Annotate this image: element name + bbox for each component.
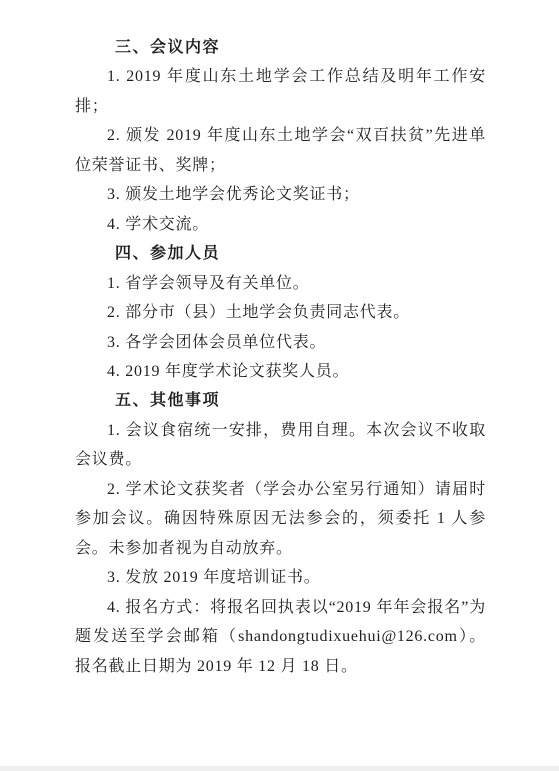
section-heading: 四、参加人员: [75, 239, 486, 268]
paragraph: 2. 部分市（县）土地学会负责同志代表。: [75, 298, 486, 327]
paragraph: 1. 2019 年度山东土地学会工作总结及明年工作安排；: [75, 62, 486, 121]
document-page: 三、会议内容1. 2019 年度山东土地学会工作总结及明年工作安排；2. 颁发 …: [0, 0, 559, 771]
paragraph: 2. 颁发 2019 年度山东土地学会“双百扶贫”先进单位荣誉证书、奖牌；: [75, 121, 486, 180]
paragraph: 4. 学术交流。: [75, 210, 486, 239]
paragraph: 3. 各学会团体会员单位代表。: [75, 328, 486, 357]
paragraph: 4. 报名方式：将报名回执表以“2019 年年会报名”为题发送至学会邮箱（sha…: [75, 593, 486, 681]
paragraph: 1. 省学会领导及有关单位。: [75, 269, 486, 298]
section-heading: 三、会议内容: [75, 33, 486, 62]
page-bottom-edge: [0, 766, 559, 771]
document-body: 三、会议内容1. 2019 年度山东土地学会工作总结及明年工作安排；2. 颁发 …: [75, 33, 486, 681]
paragraph: 2. 学术论文获奖者（学会办公室另行通知）请届时参加会议。确因特殊原因无法参会的…: [75, 475, 486, 563]
paragraph: 3. 发放 2019 年度培训证书。: [75, 563, 486, 592]
paragraph: 3. 颁发土地学会优秀论文奖证书；: [75, 180, 486, 209]
paragraph: 1. 会议食宿统一安排，费用自理。本次会议不收取会议费。: [75, 416, 486, 475]
paragraph: 4. 2019 年度学术论文获奖人员。: [75, 357, 486, 386]
section-heading: 五、其他事项: [75, 386, 486, 415]
